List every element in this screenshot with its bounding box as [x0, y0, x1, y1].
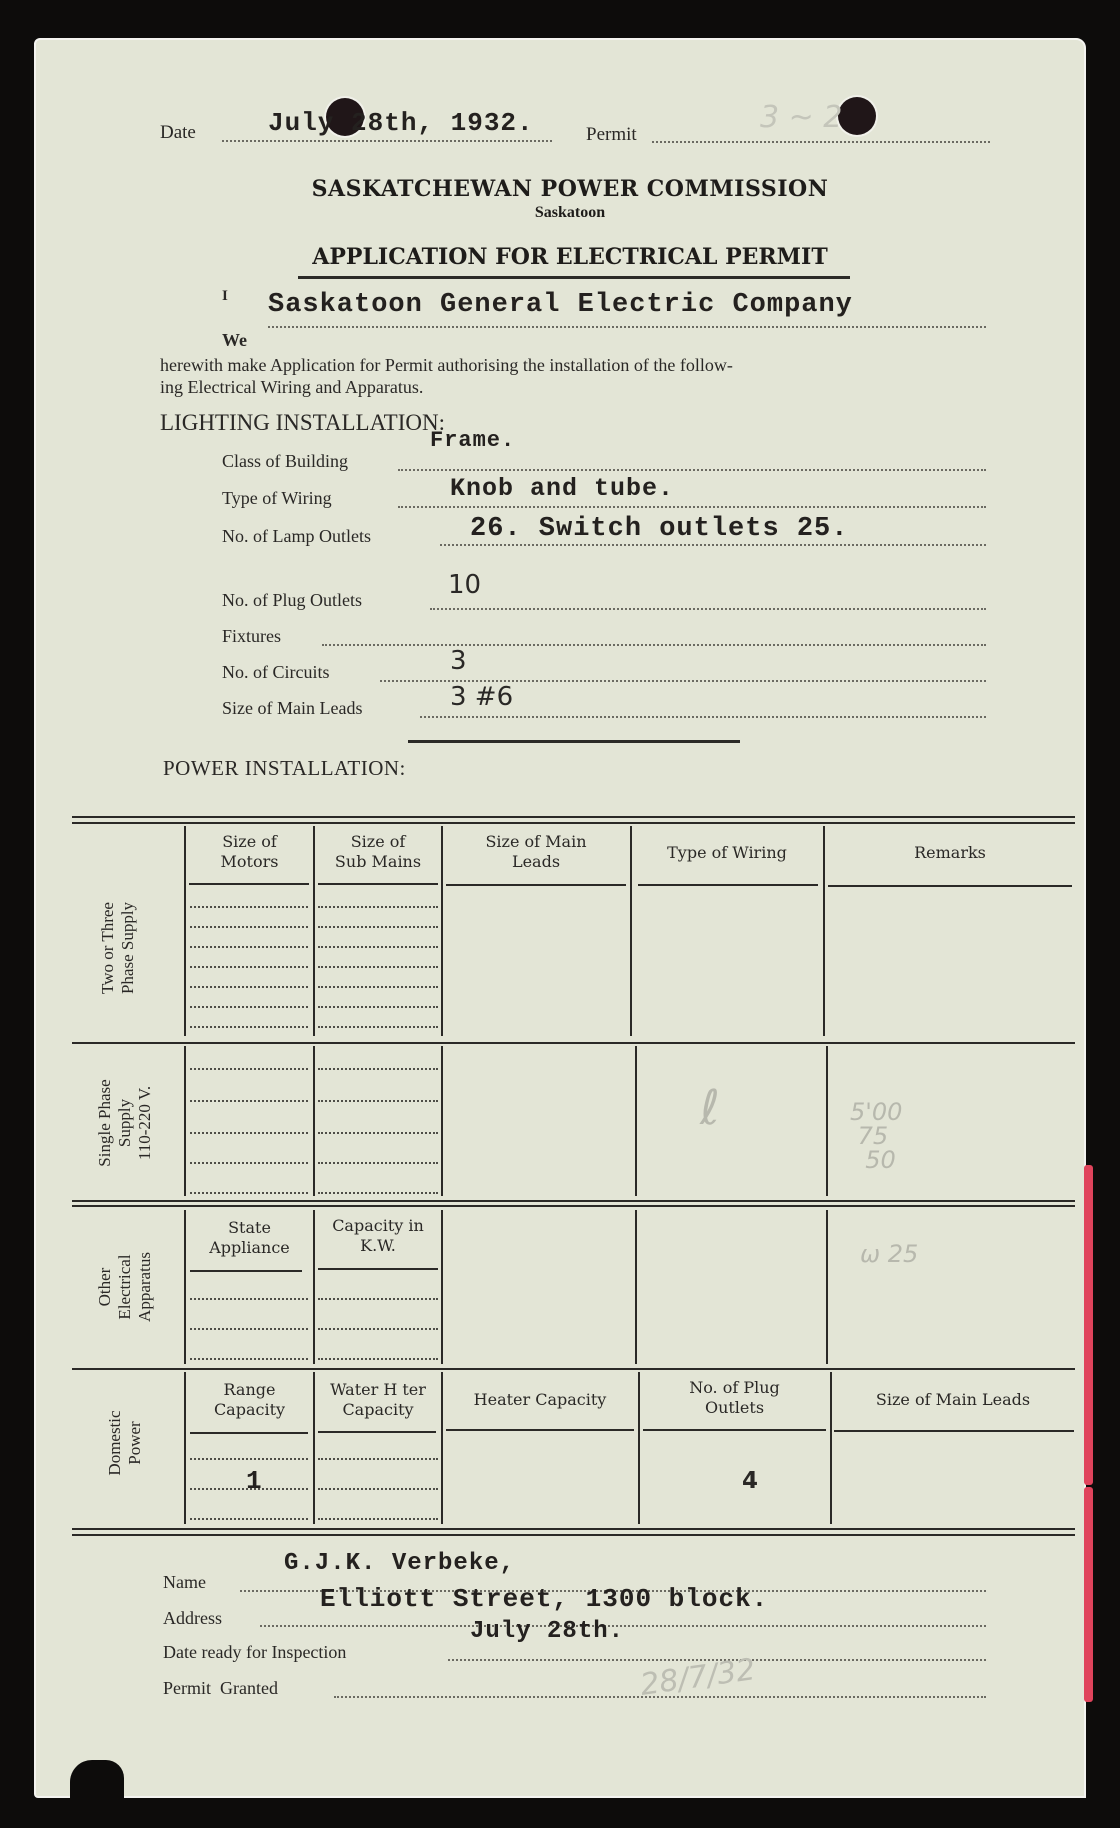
section-divider-1 — [72, 1042, 1075, 1044]
row-label-two-three-phase: Two or Three Phase Supply — [98, 868, 158, 1028]
col-line — [313, 1372, 315, 1524]
header-underline — [318, 1268, 438, 1270]
header-remarks: Remarks — [826, 843, 1074, 863]
header-line: Sub Mains — [316, 852, 440, 872]
table-bottom-rule-1 — [72, 1528, 1075, 1530]
header-line: Size of — [188, 832, 311, 852]
row-label-line: Power — [125, 1363, 145, 1523]
motors-entry-line[interactable] — [190, 1132, 308, 1134]
header-line: Outlets — [641, 1398, 828, 1418]
date-value: July 28th, 1932. — [268, 108, 534, 138]
water-heater-entry-line[interactable] — [318, 1458, 438, 1460]
motors-entry-line[interactable] — [190, 986, 308, 988]
row-label-line: Two or Three — [98, 868, 118, 1028]
table-top-rule-1 — [72, 816, 1075, 818]
header-line: No. of Plug — [641, 1378, 828, 1398]
sub-mains-entry-line[interactable] — [318, 1026, 438, 1028]
motors-entry-line[interactable] — [190, 946, 308, 948]
city-subtitle: Saskatoon — [200, 204, 940, 222]
type-of-wiring-value: Knob and tube. — [450, 474, 674, 503]
kw-entry-line[interactable] — [318, 1298, 438, 1300]
plug-outlets-value: 10 — [448, 570, 481, 600]
circuits-value: 3 — [450, 646, 467, 676]
main-leads-label: Size of Main Leads — [222, 698, 362, 719]
range-capacity-value: 1 — [246, 1466, 263, 1496]
col-line — [441, 1210, 443, 1364]
col-line — [313, 1210, 315, 1364]
col-line — [635, 1210, 637, 1364]
col-line — [184, 1046, 186, 1196]
section-divider-3 — [72, 1368, 1075, 1370]
appliance-entry-line[interactable] — [190, 1298, 308, 1300]
i-label: I — [222, 288, 228, 305]
domestic-plug-outlets-value: 4 — [742, 1468, 758, 1494]
header-line: Capacity — [316, 1400, 440, 1420]
header-underline — [643, 1429, 826, 1431]
pencil-scribble: ω 25 — [860, 1240, 918, 1268]
header-size-of-main-leads: Size of Main Leads — [444, 832, 628, 872]
row-label-line: Electrical — [115, 1207, 135, 1367]
address-label: Address — [163, 1608, 222, 1629]
header-underline — [828, 885, 1072, 887]
header-underline — [190, 1432, 308, 1434]
lamp-outlets-label: No. of Lamp Outlets — [222, 526, 371, 547]
pencil-scribble-permit: 3 ~ 2 — [760, 100, 842, 135]
sub-mains-entry-line[interactable] — [318, 946, 438, 948]
appliance-entry-line[interactable] — [190, 1358, 308, 1360]
motors-entry-line[interactable] — [190, 966, 308, 968]
header-range-capacity: Range Capacity — [188, 1380, 311, 1420]
header-underline — [190, 1270, 302, 1272]
permit-line — [652, 141, 990, 143]
sub-mains-entry-line[interactable] — [318, 1068, 438, 1070]
kw-entry-line[interactable] — [318, 1328, 438, 1330]
motors-entry-line[interactable] — [190, 1162, 308, 1164]
motors-entry-line[interactable] — [190, 1026, 308, 1028]
section-divider-2b — [72, 1205, 1075, 1207]
header-underline — [446, 884, 626, 886]
type-of-wiring-label: Type of Wiring — [222, 488, 332, 509]
col-line — [184, 826, 186, 1036]
col-line — [826, 1210, 828, 1364]
table-top-rule-2 — [72, 822, 1075, 824]
section-divider-2a — [72, 1200, 1075, 1202]
col-line — [184, 1372, 186, 1524]
header-underline — [446, 1429, 634, 1431]
col-line — [630, 826, 632, 1036]
range-entry-line[interactable] — [190, 1458, 308, 1460]
row-label-line: Phase Supply — [118, 868, 138, 1028]
motors-entry-line[interactable] — [190, 1068, 308, 1070]
inspection-date-value: July 28th. — [470, 1618, 624, 1645]
water-heater-entry-line[interactable] — [318, 1518, 438, 1520]
type-of-wiring-field[interactable] — [398, 506, 986, 508]
inspection-date-label: Date ready for Inspection — [163, 1642, 346, 1663]
header-line: Appliance — [188, 1238, 311, 1258]
date-label: Date — [160, 122, 196, 144]
plug-outlets-field[interactable] — [430, 608, 986, 610]
red-tab-lower — [1084, 1487, 1093, 1702]
header-underline — [834, 1430, 1074, 1432]
col-line — [441, 1372, 443, 1524]
row-label-single-phase: Single Phase Supply 110-220 V. — [95, 1043, 161, 1203]
pencil-scribble: ℓ — [700, 1080, 720, 1136]
motors-entry-line[interactable] — [190, 1192, 308, 1194]
plug-outlets-label: No. of Plug Outlets — [222, 590, 362, 611]
sub-mains-entry-line[interactable] — [318, 1100, 438, 1102]
paper-tear-notch — [70, 1760, 124, 1800]
motors-entry-line[interactable] — [190, 906, 308, 908]
col-line — [313, 826, 315, 1036]
header-heater-capacity: Heater Capacity — [444, 1390, 636, 1410]
name-label: Name — [163, 1572, 206, 1593]
motors-entry-line[interactable] — [190, 1100, 308, 1102]
organization-title: SASKATCHEWAN POWER COMMISSION — [200, 176, 940, 202]
class-of-building-label: Class of Building — [222, 451, 348, 472]
header-state-appliance: State Appliance — [188, 1218, 311, 1258]
header-size-of-motors: Size of Motors — [188, 832, 311, 872]
punch-hole-right-icon — [838, 97, 876, 135]
sub-mains-entry-line[interactable] — [318, 1192, 438, 1194]
permit-label: Permit — [586, 124, 637, 146]
appliance-entry-line[interactable] — [190, 1328, 308, 1330]
row-label-domestic-power: Domestic Power — [105, 1363, 151, 1523]
sub-mains-entry-line[interactable] — [318, 1132, 438, 1134]
kw-entry-line[interactable] — [318, 1358, 438, 1360]
col-line — [823, 826, 825, 1036]
header-domestic-main-leads: Size of Main Leads — [832, 1390, 1074, 1410]
fixtures-field[interactable] — [322, 644, 986, 646]
row-label-line: Supply — [115, 1043, 135, 1203]
lamp-outlets-value: 26. Switch outlets 25. — [470, 514, 848, 544]
col-line — [441, 826, 443, 1036]
applicant-line — [268, 326, 986, 328]
header-underline — [318, 1431, 436, 1433]
applicant-name: Saskatoon General Electric Company — [268, 290, 853, 320]
form-title: APPLICATION FOR ELECTRICAL PERMIT — [200, 244, 940, 270]
row-label-line: 110-220 V. — [135, 1043, 155, 1203]
sub-mains-entry-line[interactable] — [318, 906, 438, 908]
date-line — [222, 140, 552, 142]
lighting-section-title: LIGHTING INSTALLATION: — [160, 410, 445, 436]
header-line: Size of — [316, 832, 440, 852]
header-line: K.W. — [316, 1236, 440, 1256]
sub-mains-entry-line[interactable] — [318, 1006, 438, 1008]
header-underline — [318, 883, 438, 885]
col-line — [826, 1046, 828, 1196]
sub-mains-entry-line[interactable] — [318, 926, 438, 928]
water-heater-entry-line[interactable] — [318, 1488, 438, 1490]
col-line — [441, 1046, 443, 1196]
header-line: Capacity in — [316, 1216, 440, 1236]
header-line: Leads — [444, 852, 628, 872]
power-section-title: POWER INSTALLATION: — [163, 756, 406, 781]
range-entry-line[interactable] — [190, 1518, 308, 1520]
fixtures-label: Fixtures — [222, 626, 281, 647]
header-water-heater-capacity: Water H ter Capacity — [316, 1380, 440, 1420]
statement-line-2: ing Electrical Wiring and Apparatus. — [160, 377, 423, 398]
circuits-label: No. of Circuits — [222, 662, 330, 683]
motors-entry-line[interactable] — [190, 1006, 308, 1008]
table-bottom-rule-2 — [72, 1534, 1075, 1536]
sub-mains-entry-line[interactable] — [318, 986, 438, 988]
col-line — [313, 1046, 315, 1196]
row-label-line: Other — [95, 1207, 115, 1367]
col-line — [184, 1210, 186, 1364]
main-leads-value: 3 #6 — [450, 682, 513, 712]
permit-granted-label: Permit Granted — [163, 1678, 278, 1699]
header-line: Motors — [188, 852, 311, 872]
class-of-building-value: Frame. — [430, 428, 515, 453]
red-tab-upper — [1084, 1165, 1093, 1485]
lamp-outlets-field[interactable] — [440, 544, 986, 546]
pencil-scribble: 5'00 75 50 — [850, 1100, 902, 1172]
header-underline — [638, 884, 818, 886]
header-capacity-kw: Capacity in K.W. — [316, 1216, 440, 1256]
header-line: Water H ter — [316, 1380, 440, 1400]
row-label-other-apparatus: Other Electrical Apparatus — [95, 1207, 161, 1367]
col-line — [635, 1046, 637, 1196]
lighting-section-divider — [408, 740, 740, 743]
header-line: Size of Main — [444, 832, 628, 852]
address-value: Elliott Street, 1300 block. — [320, 1584, 768, 1614]
header-line: Capacity — [188, 1400, 311, 1420]
row-label-line: Single Phase — [95, 1043, 115, 1203]
header-size-of-sub-mains: Size of Sub Mains — [316, 832, 440, 872]
row-label-line: Apparatus — [135, 1207, 155, 1367]
col-line — [638, 1372, 640, 1524]
statement-line-1: herewith make Application for Permit aut… — [160, 355, 733, 376]
motors-entry-line[interactable] — [190, 926, 308, 928]
header-line: Range — [188, 1380, 311, 1400]
row-label-line: Domestic — [105, 1363, 125, 1523]
main-leads-field[interactable] — [420, 716, 986, 718]
header-underline — [189, 883, 309, 885]
sub-mains-entry-line[interactable] — [318, 966, 438, 968]
header-line: State — [188, 1218, 311, 1238]
header-plug-outlets: No. of Plug Outlets — [641, 1378, 828, 1418]
sub-mains-entry-line[interactable] — [318, 1162, 438, 1164]
we-label: We — [222, 330, 247, 351]
header-type-of-wiring: Type of Wiring — [633, 843, 821, 863]
form-title-underline — [298, 276, 850, 279]
name-value: G.J.K. Verbeke, — [284, 1550, 515, 1577]
class-of-building-field[interactable] — [398, 469, 986, 471]
